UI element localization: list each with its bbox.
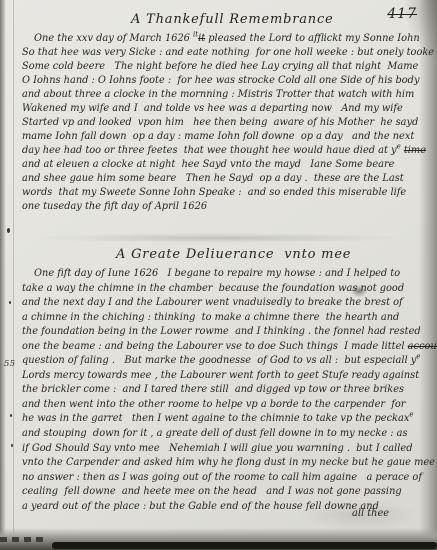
- manuscript-page: 417 A Thankefull Remembrance One the xxv…: [0, 0, 437, 550]
- manuscript-line: the brickler come : and I tared there st…: [22, 383, 437, 398]
- manuscript-line: and the next day I and the Labourer went…: [22, 296, 437, 311]
- manuscript-line: Wakened my wife and I and tolde vs hee w…: [22, 102, 434, 116]
- section-title-greate-deliuerance: A Greate Deliuerance vnto mee: [116, 247, 351, 262]
- margin-speck: [11, 444, 13, 447]
- manuscript-line: vnto the Carpender and asked him why he …: [22, 456, 437, 471]
- manuscript-line: one tuseday the fift day of April 1626: [22, 200, 434, 214]
- section-divider-smudge: [34, 233, 404, 243]
- margin-speck: [9, 301, 11, 304]
- manuscript-line: One the xxv day of March 1626 itit pleas…: [34, 32, 434, 46]
- manuscript-line: a chimne in the chiching : thinking to m…: [22, 311, 437, 326]
- manuscript-line: take a way the chimne in the chamber bec…: [22, 282, 437, 297]
- margin-note: 55: [4, 359, 15, 369]
- manuscript-line: words that my Sweete Sonne Iohn Speake :…: [22, 186, 434, 200]
- section-body-greate-deliuerance: One fift day of Iune 1626 I begane to re…: [22, 267, 437, 514]
- margin-speck: [7, 228, 10, 233]
- manuscript-line: if God Should Say vnto mee Nehemiah I wi…: [22, 442, 437, 457]
- manuscript-line: Some cold beere The night before he died…: [22, 60, 434, 74]
- manuscript-line: he was in the garret then I went againe …: [22, 412, 437, 427]
- manuscript-line: and at eleuen a clocke at night hee Sayd…: [22, 158, 434, 172]
- manuscript-line: mame Iohn fall down op a day : mame Iohn…: [22, 130, 434, 144]
- manuscript-line: question of faling . But marke the goodn…: [22, 354, 437, 369]
- catchword: all thee: [352, 508, 389, 519]
- manuscript-line: day hee had too or three feetes that wee…: [22, 144, 434, 158]
- manuscript-line: O Iohns hand : O Iohns foote : for hee w…: [22, 74, 434, 88]
- manuscript-line: no answer : then as I was going out of t…: [22, 471, 437, 486]
- scan-shadow-streak: [52, 542, 437, 549]
- manuscript-line: Started vp and looked vpon him hee then …: [22, 116, 434, 130]
- page-number: 417: [387, 6, 417, 22]
- manuscript-line: one the beame : and being the Labourer v…: [22, 340, 437, 355]
- scan-edge-dashes: [0, 537, 48, 542]
- manuscript-line: Lords mercy towards mee , the Labourer w…: [22, 369, 437, 384]
- manuscript-line: and stouping down for it , a greate dell…: [22, 427, 437, 442]
- manuscript-line: and shee gaue him some beare Then he Say…: [22, 172, 434, 186]
- manuscript-line: and about three a clocke in the mornning…: [22, 88, 434, 102]
- manuscript-line: and then went into the other roome to he…: [22, 398, 437, 413]
- section-title-thankefull-remembrance: A Thankefull Remembrance: [131, 12, 334, 27]
- manuscript-line: the foundation being in the Lower rowme …: [22, 325, 437, 340]
- section-body-thankefull-remembrance: One the xxv day of March 1626 itit pleas…: [22, 32, 434, 214]
- manuscript-line: cealing fell downe and heete mee on the …: [22, 485, 437, 500]
- page-edge-left: [0, 0, 6, 550]
- margin-speck: [10, 414, 12, 417]
- binding-crease: [13, 0, 14, 550]
- manuscript-line: One fift day of Iune 1626 I begane to re…: [34, 267, 437, 282]
- manuscript-line: So that hee was very Sicke : and eate no…: [22, 46, 434, 60]
